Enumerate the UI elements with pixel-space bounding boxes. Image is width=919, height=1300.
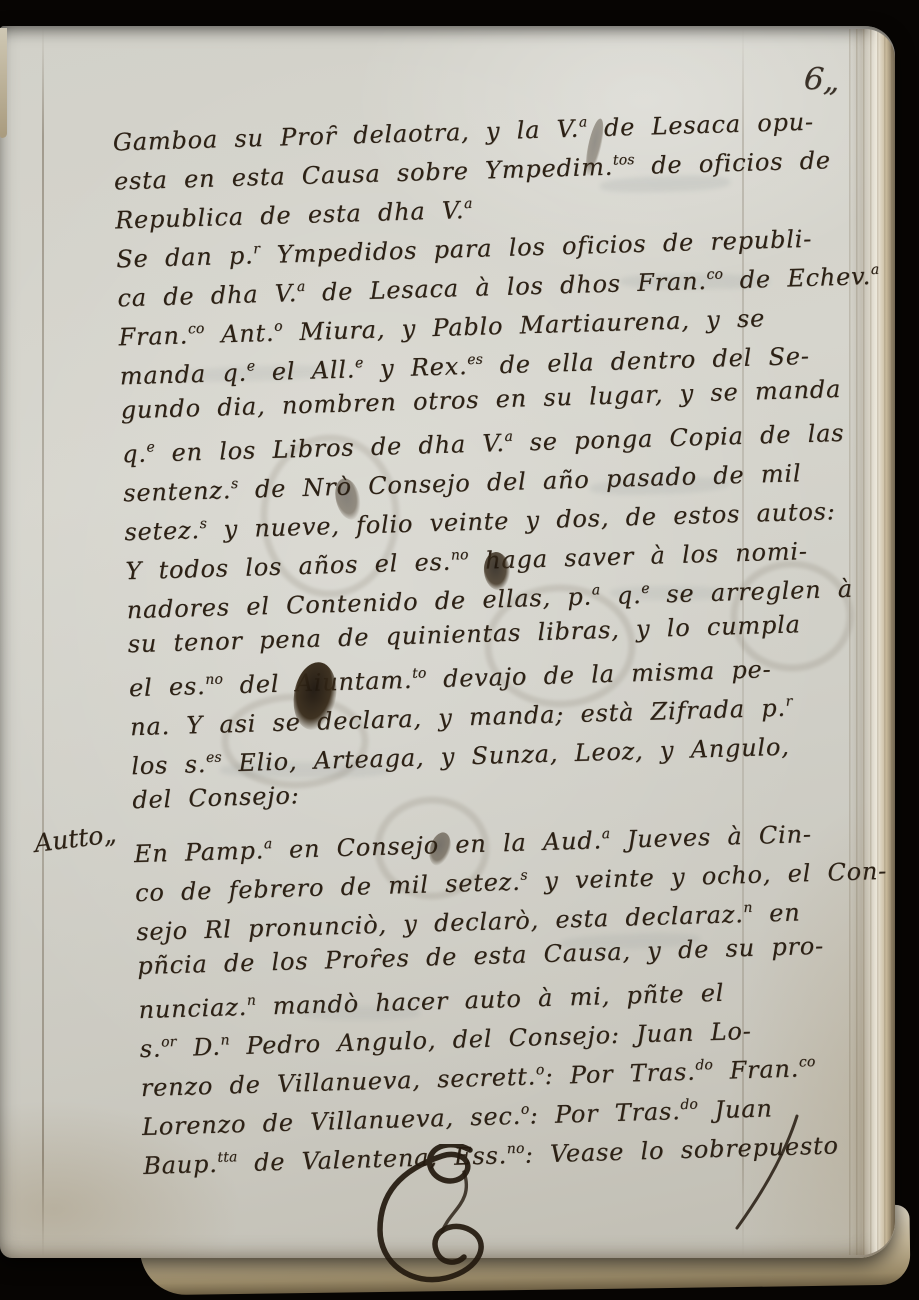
adjacent-page-sliver	[0, 28, 7, 138]
folio-number: 6„	[802, 61, 841, 100]
manuscript-page: 6„ Autto„ Gamboa su Proȓ delaotra, y la …	[0, 26, 895, 1258]
manuscript-text: Gamboa su Proȓ delaotra, y la V.a de Les…	[112, 97, 859, 1181]
diagonal-pen-stroke	[733, 1114, 803, 1232]
manuscript-scan: 6„ Autto„ Gamboa su Proȓ delaotra, y la …	[0, 0, 919, 1300]
notarial-rubric-flourish	[352, 1144, 522, 1284]
